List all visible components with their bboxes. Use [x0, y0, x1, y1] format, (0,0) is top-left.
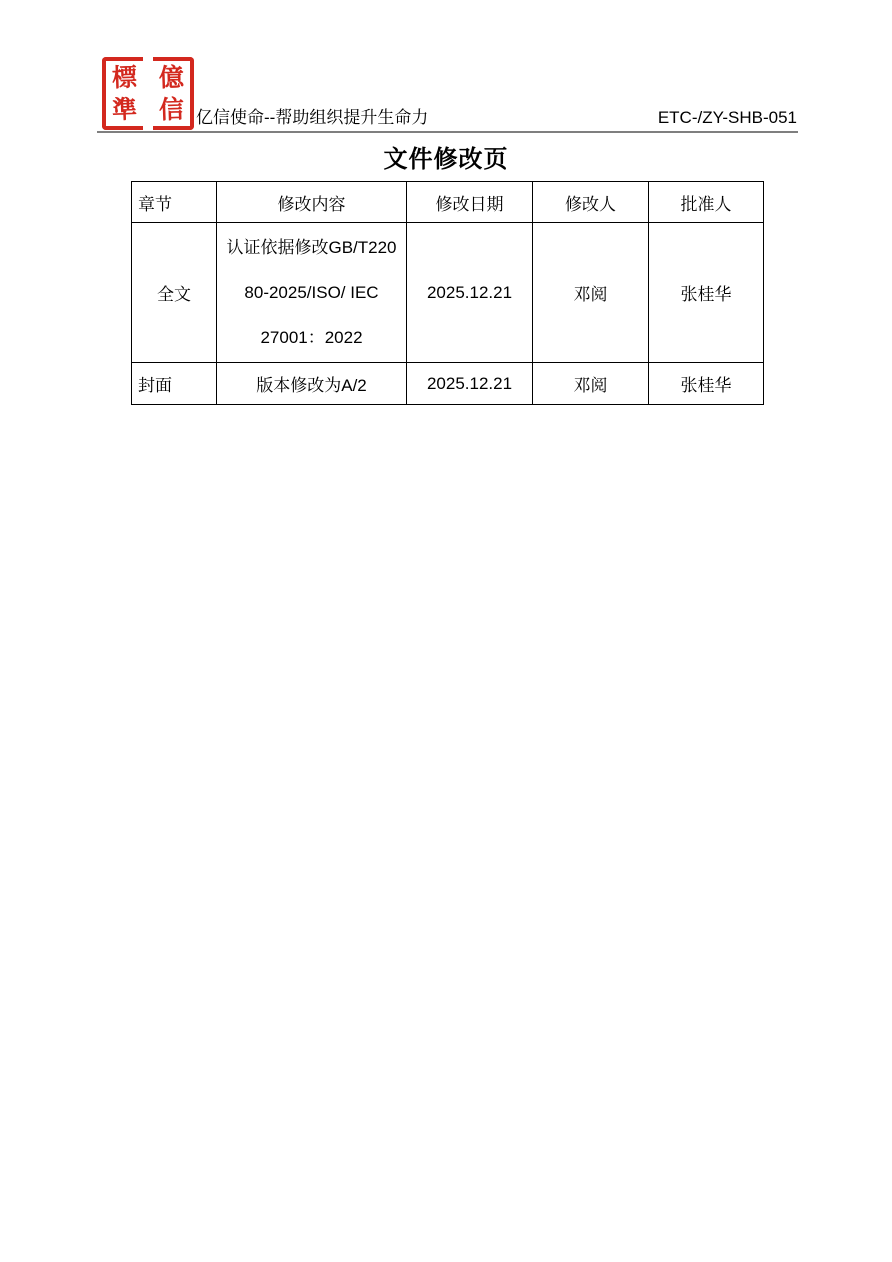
cell-reviser: 邓阅: [533, 363, 649, 405]
header-slogan: 亿信使命--帮助组织提升生命力: [196, 108, 428, 128]
column-header-date: 修改日期: [407, 182, 533, 223]
cell-content: 版本修改为A/2: [217, 363, 407, 405]
document-page: 標 準 億 信 亿信使命--帮助组织提升生命力 ETC-/ZY-SHB-051 …: [0, 0, 892, 1262]
content-line: 27001：2022: [221, 315, 402, 360]
cell-chapter: 封面: [132, 363, 217, 405]
content-lines: 认证依据修改GB/T220 80-2025/ISO/ IEC 27001：202…: [221, 225, 402, 360]
header-divider-rule: [97, 131, 798, 133]
content-line: 认证依据修改GB/T220: [221, 225, 402, 270]
cell-chapter: 全文: [132, 223, 217, 363]
table-header-row: 章节 修改内容 修改日期 修改人 批准人: [132, 182, 764, 223]
seal-character: 億: [159, 64, 185, 90]
company-seal-logo: 標 準 億 信: [102, 57, 194, 130]
seal-left-column: 標 準: [102, 57, 143, 130]
column-header-reviser: 修改人: [533, 182, 649, 223]
cell-approver: 张桂华: [649, 223, 764, 363]
column-header-approver: 批准人: [649, 182, 764, 223]
seal-character: 標: [112, 64, 138, 90]
page-title: 文件修改页: [0, 145, 892, 175]
column-header-content: 修改内容: [217, 182, 407, 223]
cell-date: 2025.12.21: [407, 363, 533, 405]
revision-table: 章节 修改内容 修改日期 修改人 批准人 全文 认证依据修改GB/T220 80…: [131, 181, 764, 405]
cell-reviser: 邓阅: [533, 223, 649, 363]
column-header-chapter: 章节: [132, 182, 217, 223]
seal-character: 信: [159, 97, 185, 123]
table-row: 全文 认证依据修改GB/T220 80-2025/ISO/ IEC 27001：…: [132, 223, 764, 363]
cell-approver: 张桂华: [649, 363, 764, 405]
table-row: 封面 版本修改为A/2 2025.12.21 邓阅 张桂华: [132, 363, 764, 405]
document-number: ETC-/ZY-SHB-051: [658, 108, 797, 128]
cell-content: 认证依据修改GB/T220 80-2025/ISO/ IEC 27001：202…: [217, 223, 407, 363]
seal-right-column: 億 信: [153, 57, 194, 130]
seal-character: 準: [112, 97, 138, 123]
cell-date: 2025.12.21: [407, 223, 533, 363]
content-line: 80-2025/ISO/ IEC: [221, 270, 402, 315]
